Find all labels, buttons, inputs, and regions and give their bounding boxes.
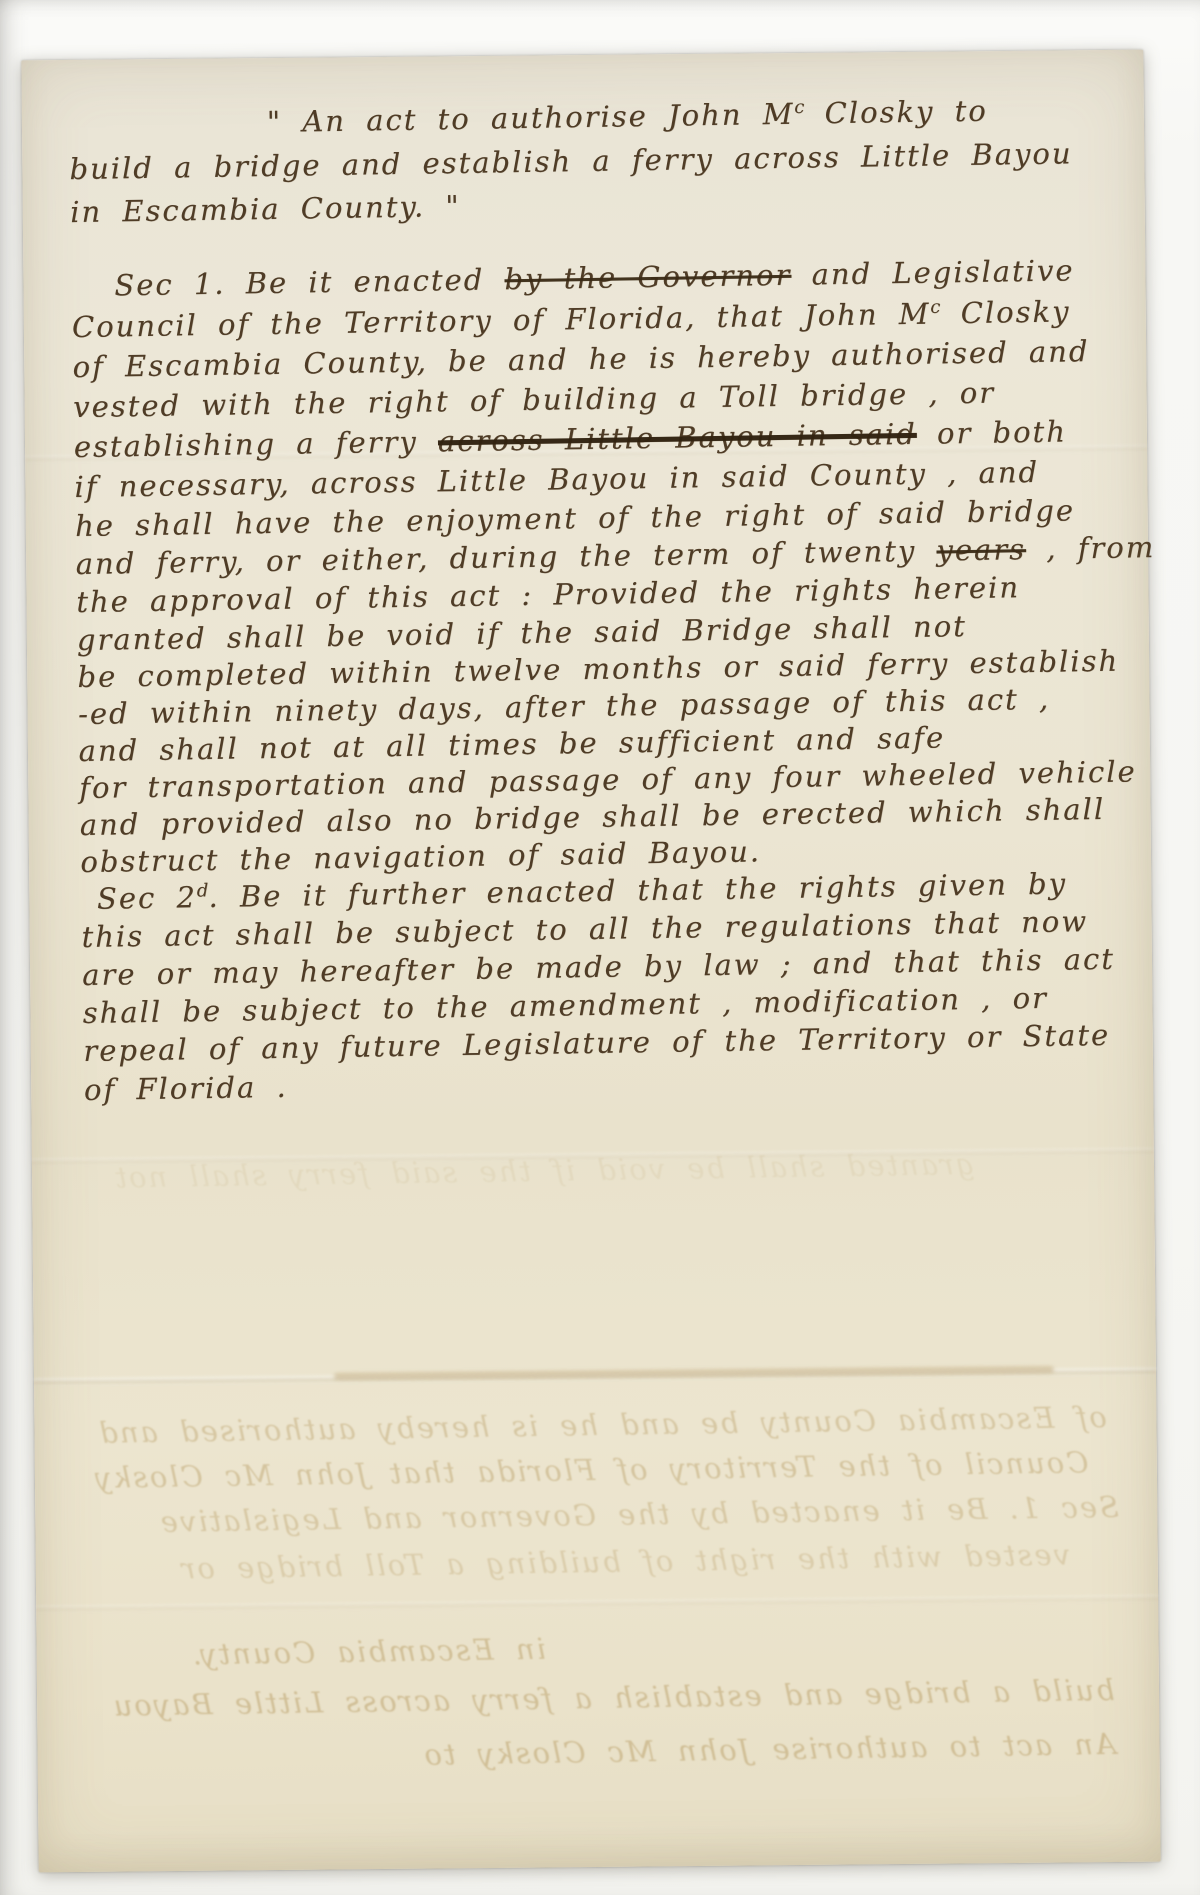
scan-photo-backdrop: granted shall be void if the said ferry … [0, 0, 1200, 1895]
manuscript-paper: granted shall be void if the said ferry … [21, 50, 1160, 1873]
manuscript-line: build a bridge and establish a ferry acr… [69, 137, 1073, 186]
manuscript-line: Sec 1. Be it enacted by the Governor and… [114, 254, 1075, 302]
manuscript-line: " An act to authorise John Mc Closky to [267, 95, 988, 140]
manuscript-line: of Florida . [84, 1071, 288, 1108]
manuscript-line: in Escambia County. " [70, 190, 461, 229]
manuscript-text-layer: " An act to authorise John Mc Closky tob… [16, 46, 1166, 1875]
